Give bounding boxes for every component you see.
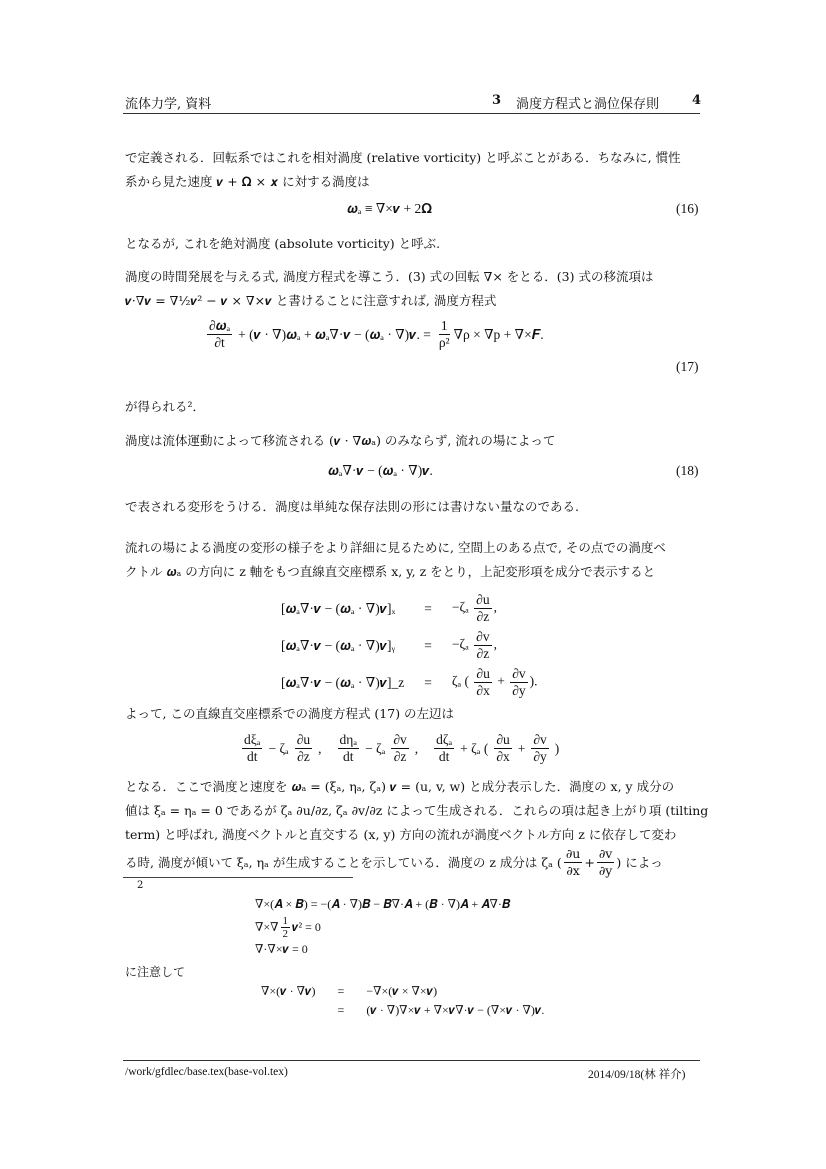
plus-sign: + [584,852,594,874]
component-rhs: ζₐ ( ∂u∂x + ∂v∂y). [446,664,544,701]
paragraph-9-line-3: term) と呼ばれ, 渦度ベクトルと直交する (x, y) 方向の流れが渦度ベ… [125,824,676,846]
equation-17-middle: + (𝒗 · ∇)𝝎ₐ + 𝝎ₐ∇·𝒗 − (𝝎ₐ · ∇)𝒗. = [238,327,431,343]
denominator: ∂y [510,683,527,699]
denominator: dt [437,749,452,765]
rhs-prefix: −ζₐ [452,600,469,615]
denominator: 2 [281,928,291,940]
fraction: ∂v∂y [597,846,615,879]
equation-17-rhs: ∇ρ × ∇p + ∇×𝑭. [454,327,544,343]
page-number: 4 [692,93,701,108]
equals-sign: = [410,627,446,664]
equals-sign: = [322,1001,361,1020]
numerator: ∂v [510,666,527,683]
paragraph-1-line-1: で定義される．回転系ではこれを相対渦度 (relative vorticity)… [125,147,681,169]
equation-number-18: (18) [676,463,699,479]
component-row-z: [𝝎ₐ∇·𝒗 − (𝝎ₐ · ∇)𝒗]_z = ζₐ ( ∂u∂x + ∂v∂y… [275,664,544,701]
numerator: ∂u [494,732,511,749]
fraction: ∂u∂z [474,592,491,625]
equals-sign: = [410,590,446,627]
fraction: 12 [281,915,291,940]
fraction: ∂u∂x [494,732,511,765]
component-lhs: [𝝎ₐ∇·𝒗 − (𝝎ₐ · ∇)𝒗]ₓ [275,590,410,627]
footnote-marker: 2 [137,880,143,891]
component-row-x: [𝝎ₐ∇·𝒗 − (𝝎ₐ · ∇)𝒗]ₓ = −ζₐ ∂u∂z, [275,590,544,627]
numerator: 1 [439,318,450,335]
denominator: dt [245,749,260,765]
footnote-identity-3: ∇·∇×𝒗 = 0 [255,942,308,957]
footnote-identity-1: ∇×(𝑨 × 𝑩) = −(𝑨 · ∇)𝑩 − 𝑩∇·𝑨 + (𝑩 · ∇)𝑨 … [255,897,510,912]
numerator: ∂u [295,732,312,749]
denominator: ∂t [212,335,226,351]
equation-number-17: (17) [676,359,699,375]
numerator: ∂𝝎ₐ [207,318,232,335]
numerator: ∂v [531,732,548,749]
component-equations: [𝝎ₐ∇·𝒗 − (𝝎ₐ · ∇)𝒗]ₓ = −ζₐ ∂u∂z, [𝝎ₐ∇·𝒗 … [275,590,544,701]
fraction: ∂v∂y [510,666,527,699]
paragraph-8: よって, この直線直交座標系での渦度方程式 (17) の左辺は [125,703,454,725]
derivation-rhs: −∇×(𝒗 × ∇×𝒗) [360,982,550,1001]
header-rule [123,113,700,114]
equation-number-16: (16) [676,201,699,217]
section-number: 3 [492,93,501,108]
plus-sign: + [518,741,526,757]
numerator: 1 [281,915,291,928]
derivation-row: ∇×(𝒗 · ∇𝒗) = −∇×(𝒗 × ∇×𝒗) [255,982,550,1001]
rhs-prefix: ζₐ ( [452,674,469,689]
numerator: ∂u [474,592,491,609]
paragraph-7-line-2: クトル 𝝎ₐ の方向に z 軸をもつ直線直交座標系 x, y, z をとり，上記… [125,561,655,583]
component-lhs: [𝝎ₐ∇·𝒗 − (𝝎ₐ · ∇)𝒗]_z [275,664,410,701]
denominator: ∂z [475,646,492,662]
denominator: ∂x [494,749,511,765]
component-rhs: −ζₐ ∂v∂z, [446,627,544,664]
paragraph-3-line-1: 渦度の時間発展を与える式, 渦度方程式を導こう．(3) 式の回転 ∇× をとる．… [125,266,653,288]
paragraph-5: 渦度は流体運動によって移流される (𝒗 · ∇𝝎ₐ) のみならず, 流れの場によ… [125,430,555,452]
footnote-derivation: ∇×(𝒗 · ∇𝒗) = −∇×(𝒗 × ∇×𝒗) = (𝒗 · ∇)∇×𝒗 +… [255,982,550,1020]
paragraph-9-line-1: となる．ここで渦度と速度を 𝝎ₐ = (ξₐ, ηₐ, ζₐ) 𝒗 = (u, … [125,776,674,798]
equation-16: 𝝎ₐ ≡ ∇×𝒗 + 2𝛀 [347,201,432,217]
denominator: ∂y [531,749,548,765]
fraction: ∂u∂x [564,846,583,879]
denominator: ∂y [597,863,615,879]
term-middle: + ζₐ ( [460,741,488,757]
fraction: ∂u∂x [474,666,491,699]
identity-prefix: ∇×∇ [255,920,279,935]
numerator: dηₐ [338,732,360,749]
rhs-suffix: ). [530,674,538,689]
denominator: dt [341,749,356,765]
denominator: ρ² [437,335,452,351]
numerator: ∂u [474,666,491,683]
equals-sign: = [410,664,446,701]
footer-date-author: 2014/09/18(林 祥介) [588,1066,685,1082]
fraction: ∂𝝎ₐ ∂t [207,318,232,351]
equation-17: ∂𝝎ₐ ∂t + (𝒗 · ∇)𝝎ₐ + 𝝎ₐ∇·𝒗 − (𝝎ₐ · ∇)𝒗. … [205,318,544,351]
section-title: 渦度方程式と渦位保存則 [516,93,659,112]
numerator: ∂v [391,732,408,749]
denominator: ∂z [295,749,312,765]
fraction: dξₐdt [242,732,262,765]
term-middle: − ζₐ [268,741,288,757]
term-middle: − ζₐ [365,741,385,757]
lhs-components-equation: dξₐdt − ζₐ ∂u∂z , dηₐdt − ζₐ ∂v∂z , dζₐd… [240,732,559,765]
paragraph-9-line-2: 値は ξₐ = ηₐ = 0 であるが ζₐ ∂u/∂z, ζₐ ∂v/∂z に… [125,800,708,822]
footnote-identity-2: ∇×∇ 12 𝒗² = 0 [255,915,321,940]
derivation-lhs [255,1001,322,1020]
derivation-lhs: ∇×(𝒗 · ∇𝒗) [255,982,322,1001]
numerator: dξₐ [242,732,262,749]
term-end: ) [555,741,560,757]
footer-file-path: /work/gfdlec/base.tex(base-vol.tex) [125,1066,288,1078]
fraction: dηₐdt [338,732,360,765]
footnote-rule [123,877,353,878]
plus-sign: + [497,674,505,689]
term-separator: , [318,741,321,757]
line-text: る時, 渦度が傾いて ξₐ, ηₐ が生成することを示している．渦度の z 成分… [125,852,562,874]
derivation-row: = (𝒗 · ∇)∇×𝒗 + ∇×𝒗∇·𝒗 − (∇×𝒗 · ∇)𝒗. [255,1001,550,1020]
component-row-y: [𝝎ₐ∇·𝒗 − (𝝎ₐ · ∇)𝒗]ᵧ = −ζₐ ∂v∂z, [275,627,544,664]
rhs-prefix: −ζₐ [452,637,469,652]
footer-rule [123,1060,700,1061]
numerator: ∂v [597,846,615,863]
running-header-left: 流体力学, 資料 [125,93,211,112]
fraction: 1 ρ² [437,318,452,351]
denominator: ∂z [475,609,492,625]
paragraph-7-line-1: 流れの場による渦度の変形の様子をより詳細に見るために, 空間上のある点で, その… [125,537,666,559]
footnote-note: に注意して [125,963,185,980]
derivation-rhs: (𝒗 · ∇)∇×𝒗 + ∇×𝒗∇·𝒗 − (∇×𝒗 · ∇)𝒗. [360,1001,550,1020]
denominator: ∂x [564,863,582,879]
fraction: ∂v∂y [531,732,548,765]
paragraph-2: となるが, これを絶対渦度 (absolute vorticity) と呼ぶ. [125,233,440,255]
paragraph-6: で表される変形をうける．渦度は単純な保存法則の形には書けない量なのである. [125,496,579,518]
paragraph-1-line-2: 系から見た速度 𝒗 + 𝛀 × 𝒙 に対する渦度は [125,171,370,193]
paragraph-9-line-4: る時, 渦度が傾いて ξₐ, ηₐ が生成することを示している．渦度の z 成分… [125,846,663,879]
component-rhs: −ζₐ ∂u∂z, [446,590,544,627]
identity-suffix: 𝒗² = 0 [292,920,321,935]
fraction: ∂v∂z [474,629,491,662]
numerator: ∂u [564,846,583,863]
term-separator: , [415,741,418,757]
rhs-suffix: , [494,600,497,615]
line-text: ) によっ [616,852,662,874]
numerator: dζₐ [434,732,454,749]
fraction: dζₐdt [434,732,454,765]
denominator: ∂x [474,683,491,699]
component-lhs: [𝝎ₐ∇·𝒗 − (𝝎ₐ · ∇)𝒗]ᵧ [275,627,410,664]
equation-18: 𝝎ₐ∇·𝒗 − (𝝎ₐ · ∇)𝒗. [328,463,433,479]
rhs-suffix: , [494,637,497,652]
fraction: ∂v∂z [391,732,408,765]
paragraph-4: が得られる²． [125,396,205,418]
paragraph-3-line-2: 𝒗·∇𝒗 = ∇½𝒗² − 𝒗 × ∇×𝒗 と書けることに注意すれば, 渦度方程… [125,290,496,312]
denominator: ∂z [392,749,409,765]
equals-sign: = [322,982,361,1001]
numerator: ∂v [474,629,491,646]
fraction: ∂u∂z [295,732,312,765]
